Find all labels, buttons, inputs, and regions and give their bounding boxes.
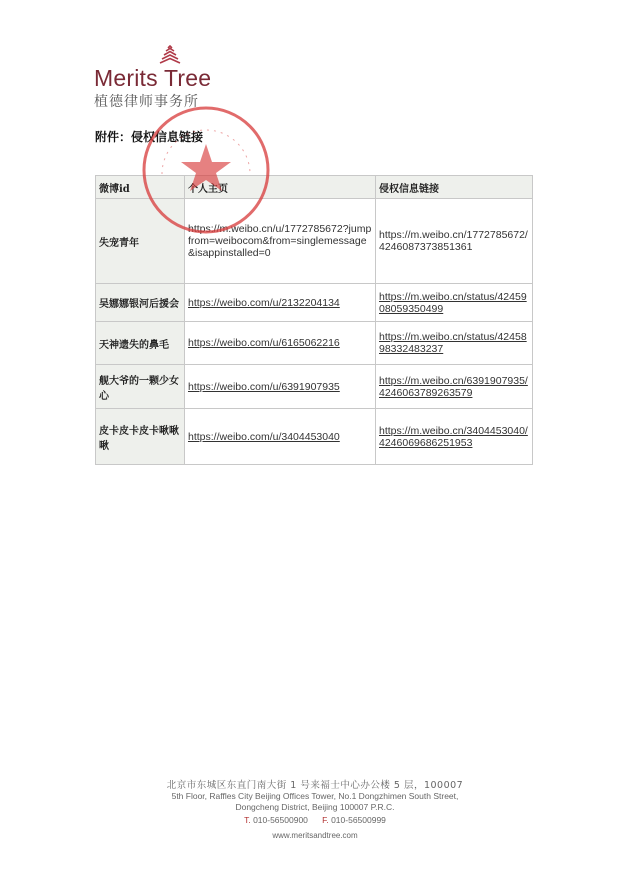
weibo-id-cell: 皮卡皮卡皮卡啾啾啾 — [96, 409, 185, 465]
table-row: 吴娜娜银河后援会 https://weibo.com/u/2132204134 … — [96, 284, 533, 322]
footer-address-en-2: Dongcheng District, Beijing 100007 P.R.C… — [0, 802, 630, 812]
footer-address-cn: 北京市东城区东直门南大街 1 号来福士中心办公楼 5 层，100007 — [0, 777, 630, 791]
homepage-link[interactable]: https://m.weibo.cn/u/1772785672?jumpfrom… — [188, 223, 371, 259]
firm-name-cn: 植德律师事务所 — [94, 91, 199, 111]
weibo-id-cell: 失宠青年 — [96, 199, 185, 284]
homepage-link[interactable]: https://weibo.com/u/6165062216 — [188, 337, 340, 349]
homepage-cell: https://weibo.com/u/6165062216 — [185, 322, 376, 365]
infringing-link[interactable]: https://m.weibo.cn/status/42458983324832… — [379, 331, 527, 355]
header-infringing-link: 侵权信息链接 — [376, 176, 533, 199]
header-weibo-id: 微博id — [96, 176, 185, 199]
fax-number: 010-56500999 — [331, 815, 386, 825]
fax-label: F. — [322, 815, 329, 825]
infringing-link-cell: https://m.weibo.cn/status/42459080593504… — [376, 284, 533, 322]
infringing-link[interactable]: https://m.weibo.cn/6391907935/4246063789… — [379, 375, 528, 399]
footer-address-en-1: 5th Floor, Raffles City Beijing Offices … — [0, 791, 630, 801]
infringing-link[interactable]: https://m.weibo.cn/3404453040/4246069686… — [379, 425, 528, 449]
infringing-link[interactable]: https://m.weibo.cn/status/42459080593504… — [379, 291, 527, 315]
tel-number: 010-56500900 — [253, 815, 308, 825]
infringing-link[interactable]: https://m.weibo.cn/1772785672/4246087373… — [379, 229, 528, 253]
attachment-heading: 附件：侵权信息链接 — [95, 128, 203, 145]
tel-label: T. — [244, 815, 251, 825]
table-row: 天神遗失的鼻毛 https://weibo.com/u/6165062216 h… — [96, 322, 533, 365]
homepage-cell: https://weibo.com/u/6391907935 — [185, 365, 376, 409]
firm-name-en: Merits Tree — [94, 65, 211, 92]
header-homepage: 个人主页 — [185, 176, 376, 199]
homepage-cell: https://weibo.com/u/2132204134 — [185, 284, 376, 322]
table-row: 失宠青年 https://m.weibo.cn/u/1772785672?jum… — [96, 199, 533, 284]
weibo-id-cell: 吴娜娜银河后援会 — [96, 284, 185, 322]
infringing-link-cell: https://m.weibo.cn/6391907935/4246063789… — [376, 365, 533, 409]
infringing-link-cell: https://m.weibo.cn/status/42458983324832… — [376, 322, 533, 365]
infringement-table: 微博id 个人主页 侵权信息链接 失宠青年 https://m.weibo.cn… — [95, 175, 533, 465]
homepage-cell: https://weibo.com/u/3404453040 — [185, 409, 376, 465]
infringing-link-cell: https://m.weibo.cn/3404453040/4246069686… — [376, 409, 533, 465]
infringing-link-cell: https://m.weibo.cn/1772785672/4246087373… — [376, 199, 533, 284]
footer-contact: T. 010-56500900 F. 010-56500999 — [0, 815, 630, 825]
homepage-link[interactable]: https://weibo.com/u/6391907935 — [188, 381, 340, 393]
weibo-id-cell: 舰大爷的一颗少女心 — [96, 365, 185, 409]
homepage-link[interactable]: https://weibo.com/u/2132204134 — [188, 297, 340, 309]
weibo-id-cell: 天神遗失的鼻毛 — [96, 322, 185, 365]
table-row: 皮卡皮卡皮卡啾啾啾 https://weibo.com/u/3404453040… — [96, 409, 533, 465]
table-row: 舰大爷的一颗少女心 https://weibo.com/u/6391907935… — [96, 365, 533, 409]
footer-website[interactable]: www.meritsandtree.com — [0, 831, 630, 840]
homepage-cell: https://m.weibo.cn/u/1772785672?jumpfrom… — [185, 199, 376, 284]
table-header-row: 微博id 个人主页 侵权信息链接 — [96, 176, 533, 199]
homepage-link[interactable]: https://weibo.com/u/3404453040 — [188, 431, 340, 443]
